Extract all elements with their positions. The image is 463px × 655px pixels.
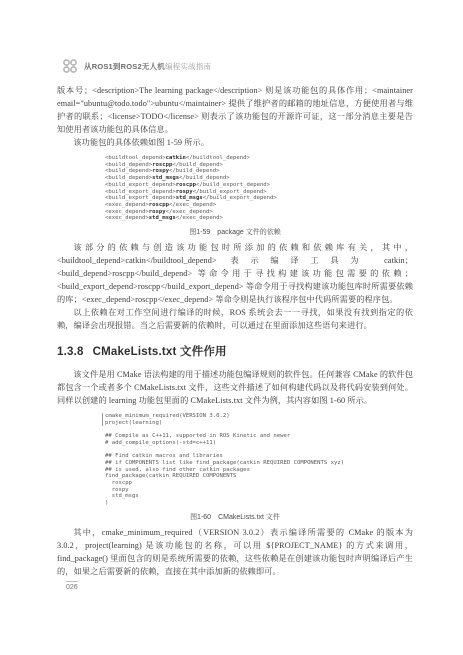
page-content: 版本号；<description>The learning package</d… <box>57 84 413 578</box>
paragraph-cmake-explanation: 其中，cmake_minimum_required（VERSION 3.0.2）… <box>57 526 413 578</box>
page-number: 026 <box>66 581 78 591</box>
quadcopter-logo-icon <box>62 58 78 74</box>
paragraph-cmake-intro: 该文件是用 CMake 语法构建的用于描述功能包编译规则的软件包。任何兼容 CM… <box>57 368 413 407</box>
paragraph-compile-behavior: 以上依赖在对工作空间进行编译的时候，ROS 系统会去一一寻找，如果没有找到指定的… <box>57 306 413 332</box>
book-page: 从ROS1到ROS2无人机编程实战指南 版本号；<description>The… <box>0 0 463 655</box>
paragraph-figure59-intro: 该功能包的具体依赖如图 1-59 所示。 <box>57 136 413 149</box>
book-title: 从ROS1到ROS2无人机编程实战指南 <box>84 61 211 72</box>
section-heading-138: 1.3.8CMakeLists.txt 文件作用 <box>57 343 413 359</box>
section-number: 1.3.8 <box>57 346 84 358</box>
figure60-caption-label: 图1-60 <box>190 514 211 521</box>
page-footer: 026 <box>66 576 78 594</box>
code-block-cmakelists: cmake_minimum_required(VERSION 3.0.2) pr… <box>105 413 413 507</box>
paragraph-dependency-explanation: 该部分的依赖与创造该功能包时所添加的依赖和依赖库有关，其中，<buildtool… <box>57 241 413 306</box>
book-title-main: 从ROS1到ROS2无人机 <box>84 62 165 71</box>
book-title-sub: 编程实战指南 <box>165 62 211 71</box>
code-block-package-dependencies: <buildtool_depend>catkin</buildtool_depe… <box>105 155 413 222</box>
running-header: 从ROS1到ROS2无人机编程实战指南 <box>62 58 211 74</box>
figure59-caption-label: 图1-59 <box>189 229 210 236</box>
figure59-caption: 图1-59package 文件的依赖 <box>57 227 413 237</box>
paragraph-version-info: 版本号；<description>The learning package</d… <box>57 84 413 136</box>
section-title: CMakeLists.txt 文件作用 <box>93 346 227 358</box>
figure60-caption: 图1-60CMakeLists.txt 文件 <box>57 512 413 522</box>
figure59-caption-text: package 文件的依赖 <box>217 229 280 236</box>
figure60-caption-text: CMakeLists.txt 文件 <box>218 514 280 521</box>
